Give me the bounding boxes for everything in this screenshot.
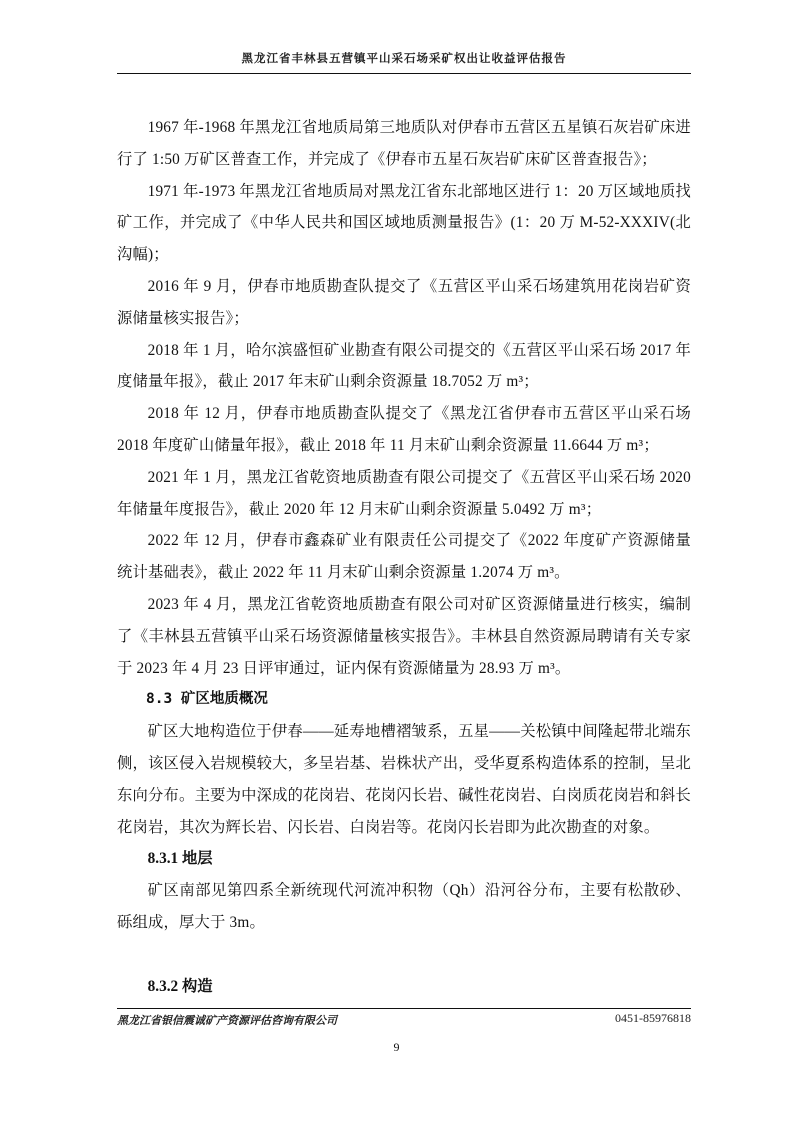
header-divider [117,73,691,74]
paragraph: 2018 年 1 月，哈尔滨盛恒矿业勘查有限公司提交的《五营区平山采石场 201… [117,335,691,399]
paragraph: 矿区大地构造位于伊春——延寿地槽褶皱系，五星——关松镇中间隆起带北端东侧，该区侵… [117,716,691,843]
section-heading-8-3-2: 8.3.2 构造 [117,971,691,1003]
running-header-title: 黑龙江省丰林县五营镇平山采石场采矿权出让收益评估报告 [117,50,691,66]
footer-phone: 0451-85976818 [615,1011,691,1026]
paragraph: 1967 年-1968 年黑龙江省地质局第三地质队对伊春市五营区五星镇石灰岩矿床… [117,112,691,176]
page-number: 9 [0,1040,793,1055]
paragraph: 2018 年 12 月，伊春市地质勘查队提交了《黑龙江省伊春市五营区平山采石场 … [117,398,691,462]
paragraph: 2016 年 9 月，伊春市地质勘查队提交了《五营区平山采石场建筑用花岗岩矿资源… [117,271,691,335]
paragraph: 2023 年 4 月，黑龙江省乾资地质勘查有限公司对矿区资源储量进行核实，编制了… [117,589,691,684]
section-heading-8-3-1: 8.3.1 地层 [117,843,691,875]
paragraph: 2022 年 12 月，伊春市鑫森矿业有限责任公司提交了《2022 年度矿产资源… [117,525,691,589]
paragraph: 矿区南部见第四系全新统现代河流冲积物（Qh）沿河谷分布，主要有松散砂、砾组成，厚… [117,875,691,939]
section-heading-8-3: 8.3 矿区地质概况 [117,684,691,716]
document-body: 1967 年-1968 年黑龙江省地质局第三地质队对伊春市五营区五星镇石灰岩矿床… [117,112,691,1003]
footer-divider [117,1008,691,1009]
paragraph: 1971 年-1973 年黑龙江省地质局对黑龙江省东北部地区进行 1：20 万区… [117,176,691,271]
paragraph: 2021 年 1 月，黑龙江省乾资地质勘查有限公司提交了《五营区平山采石场 20… [117,462,691,526]
footer-company: 黑龙江省银信震诚矿产资源评估咨询有限公司 [117,1012,337,1028]
